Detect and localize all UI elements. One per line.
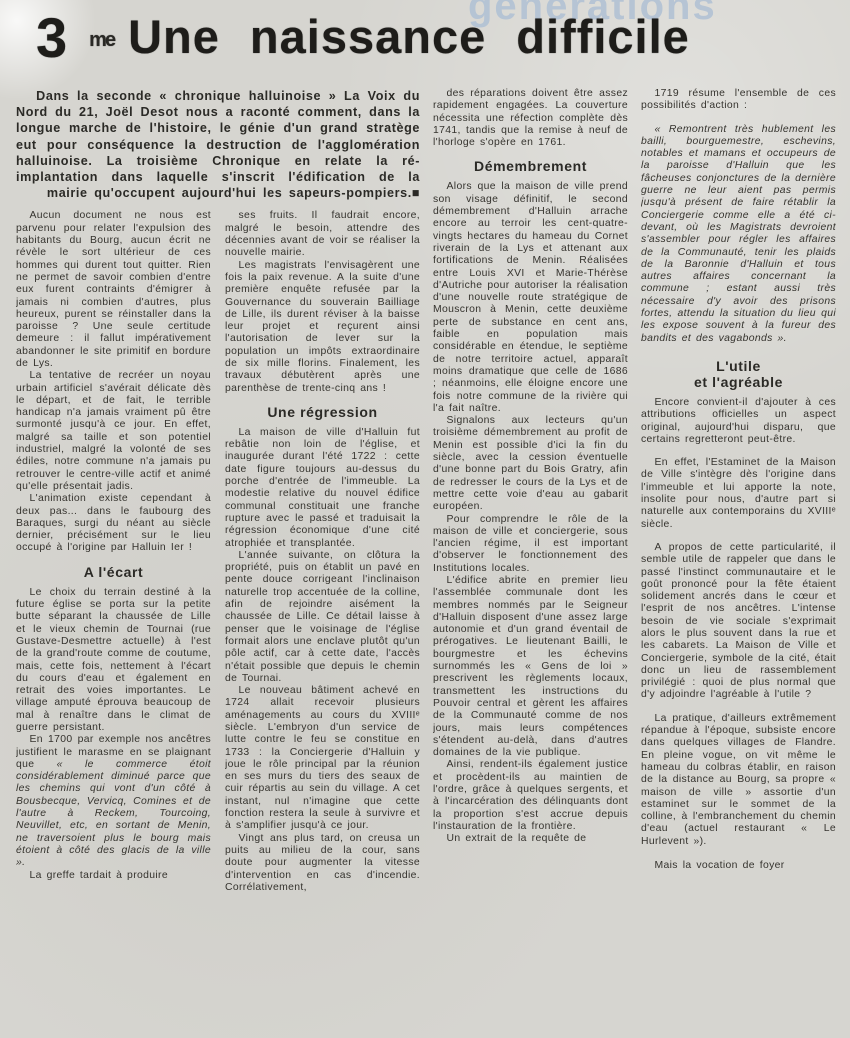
- paragraph: L'édifice abrite en premier lieu l'assem…: [433, 575, 628, 759]
- column-4: 1719 résume l'ensemble de ces possibilit…: [641, 88, 836, 1036]
- article-body: Dans la seconde « chronique halluinoise …: [16, 88, 844, 1036]
- paragraph: Mais la vocation de foyer: [641, 860, 836, 872]
- left-half: Dans la seconde « chronique halluinoise …: [16, 88, 420, 1036]
- title-number: 3: [36, 6, 67, 70]
- paragraph: La tentative de recréer un noyau urbain …: [16, 370, 211, 493]
- paragraph: Le choix du terrain destiné à la future …: [16, 587, 211, 735]
- paragraph: des réparations doivent être assez rapid…: [433, 88, 628, 149]
- paragraph: Aucun document ne nous est parvenu pour …: [16, 210, 211, 370]
- paragraph: En effet, l'Estaminet de la Maison de Vi…: [641, 457, 836, 531]
- section-heading-demembrement: Démembrement: [433, 158, 628, 174]
- paragraph: L'année suivante, on clôtura la propriét…: [225, 550, 420, 685]
- column-3: des réparations doivent être assez rapid…: [433, 88, 628, 1036]
- paragraph: ses fruits. Il faudrait encore, malgré l…: [225, 210, 420, 259]
- section-heading-utile-agreable: L'utile et l'agréable: [641, 358, 836, 390]
- column-2: ses fruits. Il faudrait encore, malgré l…: [225, 210, 420, 1036]
- paragraph: La pratique, d'ailleurs extrêmement répa…: [641, 713, 836, 848]
- section-heading-une-regression: Une régression: [225, 404, 420, 420]
- left-columns: Aucun document ne nous est parvenu pour …: [16, 210, 420, 1036]
- paragraph: Vingt ans plus tard, on creusa un puits …: [225, 833, 420, 894]
- paragraph: Encore convient-il d'ajouter à ces attri…: [641, 397, 836, 446]
- paragraph: Signalons aux lecteurs qu'un troisième d…: [433, 415, 628, 513]
- paragraph: Le nouveau bâtiment achevé en 1724 allai…: [225, 685, 420, 833]
- paragraph: 1719 résume l'ensemble de ces possibilit…: [641, 88, 836, 113]
- paragraph: La greffe tardait à produire: [16, 870, 211, 882]
- paragraph: Ainsi, rendent-ils également justice et …: [433, 759, 628, 833]
- intro-paragraph: Dans la seconde « chronique halluinoise …: [16, 88, 420, 201]
- title-dash: me: [89, 30, 114, 50]
- article-title: 3 me Une naissance difficile: [36, 6, 836, 70]
- paragraph: Un extrait de la requête de: [433, 833, 628, 845]
- paragraph-with-quote: En 1700 par exemple nos ancêtres justifi…: [16, 734, 211, 869]
- paragraph: L'animation existe cependant à deux pas.…: [16, 493, 211, 554]
- petition-quote: « Remontrent très hublement les bailli, …: [641, 124, 836, 345]
- newspaper-page: générations 3 me Une naissance difficile…: [0, 0, 850, 1038]
- heading-line: L'utile: [641, 358, 836, 374]
- paragraph: Les magistrats l'envisagèrent une fois l…: [225, 260, 420, 395]
- paragraph: Alors que la maison de ville prend son v…: [433, 181, 628, 415]
- section-heading-a-lecart: A l'écart: [16, 564, 211, 580]
- paragraph: Pour comprendre le rôle de la maison de …: [433, 514, 628, 575]
- historic-quote: « le commerce étoit considérablement dim…: [16, 759, 211, 868]
- heading-line: et l'agréable: [641, 374, 836, 390]
- paragraph: A propos de cette particularité, il semb…: [641, 542, 836, 702]
- title-text: Une naissance difficile: [128, 6, 690, 68]
- column-1: Aucun document ne nous est parvenu pour …: [16, 210, 211, 1036]
- paragraph: La maison de ville d'Halluin fut rebâtie…: [225, 427, 420, 550]
